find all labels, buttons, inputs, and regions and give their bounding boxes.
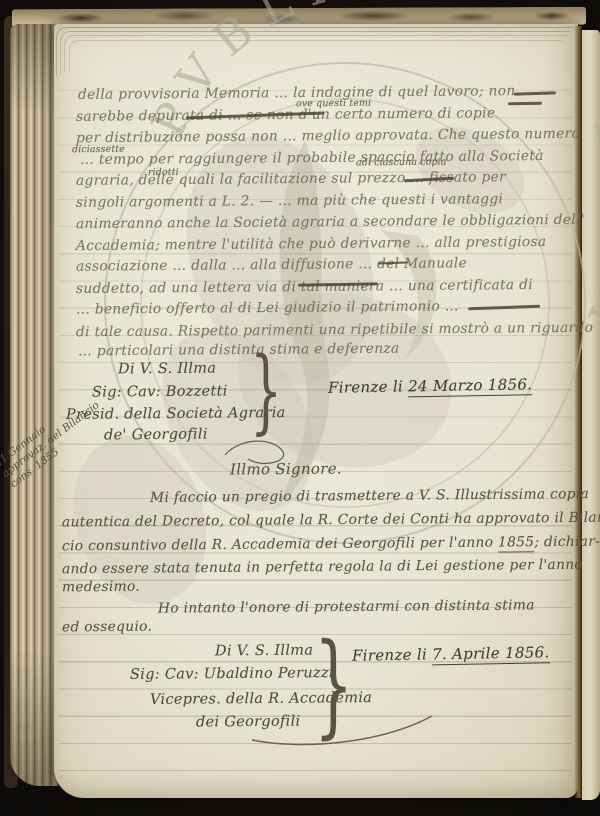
- next-page-edge: [582, 30, 600, 800]
- binding-gutter-fold: [574, 26, 582, 798]
- book-left-page-stack: [10, 24, 58, 786]
- photo-background: PVBLICA ENDA della provvisoria Memoria ……: [0, 0, 600, 816]
- manuscript-page: [54, 24, 578, 798]
